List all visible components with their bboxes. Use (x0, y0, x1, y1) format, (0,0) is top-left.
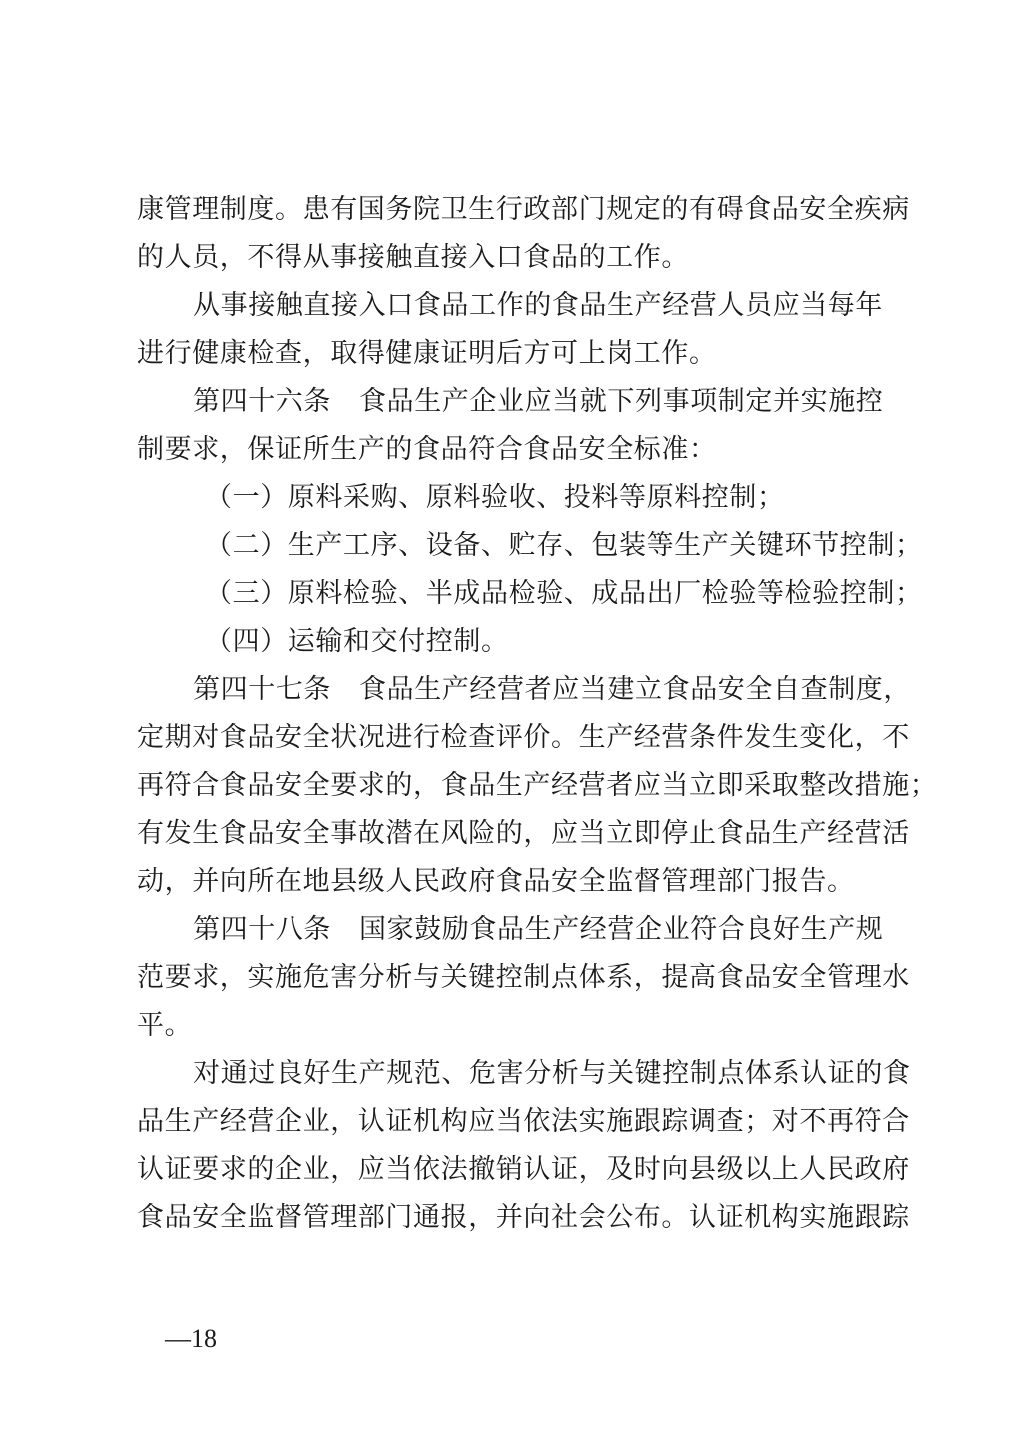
paragraph-start: 从事接触直接入口食品工作的食品生产经营人员应当每年 (137, 282, 903, 330)
list-item: （一）原料采购、原料验收、投料等原料控制； (137, 474, 903, 522)
text-line: 认证要求的企业，应当依法撤销认证，及时向县级以上人民政府 (137, 1146, 903, 1194)
text-line: 范要求，实施危害分析与关键控制点体系，提高食品安全管理水 (137, 954, 903, 1002)
article-number: 第四十七条 (193, 674, 331, 705)
article-text: 国家鼓励食品生产经营企业符合良好生产规 (359, 914, 883, 945)
text-line: 康管理制度。患有国务院卫生行政部门规定的有碍食品安全疾病 (137, 186, 903, 234)
text-line: 有发生食品安全事故潜在风险的，应当立即停止食品生产经营活 (137, 810, 903, 858)
article-46-heading: 第四十六条食品生产企业应当就下列事项制定并实施控 (137, 378, 903, 426)
text-line: 再符合食品安全要求的，食品生产经营者应当立即采取整改措施； (137, 762, 903, 810)
article-text: 食品生产企业应当就下列事项制定并实施控 (359, 386, 883, 417)
list-item: （四）运输和交付控制。 (137, 618, 903, 666)
paragraph-start: 对通过良好生产规范、危害分析与关键控制点体系认证的食 (137, 1050, 903, 1098)
list-item: （三）原料检验、半成品检验、成品出厂检验等检验控制； (137, 570, 903, 618)
text-line: 的人员，不得从事接触直接入口食品的工作。 (137, 234, 903, 282)
text-line: 食品安全监督管理部门通报，并向社会公布。认证机构实施跟踪 (137, 1194, 903, 1242)
page-number: —18 (165, 1324, 217, 1354)
text-line: 进行健康检查，取得健康证明后方可上岗工作。 (137, 330, 903, 378)
article-47-heading: 第四十七条食品生产经营者应当建立食品安全自查制度， (137, 666, 903, 714)
article-number: 第四十六条 (193, 386, 331, 417)
article-number: 第四十八条 (193, 914, 331, 945)
list-item: （二）生产工序、设备、贮存、包装等生产关键环节控制； (137, 522, 903, 570)
text-line: 动，并向所在地县级人民政府食品安全监督管理部门报告。 (137, 858, 903, 906)
text-line: 制要求，保证所生产的食品符合食品安全标准： (137, 426, 903, 474)
article-text: 食品生产经营者应当建立食品安全自查制度， (359, 674, 911, 705)
text-line: 平。 (137, 1002, 903, 1050)
article-48-heading: 第四十八条国家鼓励食品生产经营企业符合良好生产规 (137, 906, 903, 954)
text-line: 品生产经营企业，认证机构应当依法实施跟踪调查；对不再符合 (137, 1098, 903, 1146)
text-line: 定期对食品安全状况进行检查评价。生产经营条件发生变化，不 (137, 714, 903, 762)
document-body: 康管理制度。患有国务院卫生行政部门规定的有碍食品安全疾病 的人员，不得从事接触直… (137, 186, 903, 1242)
